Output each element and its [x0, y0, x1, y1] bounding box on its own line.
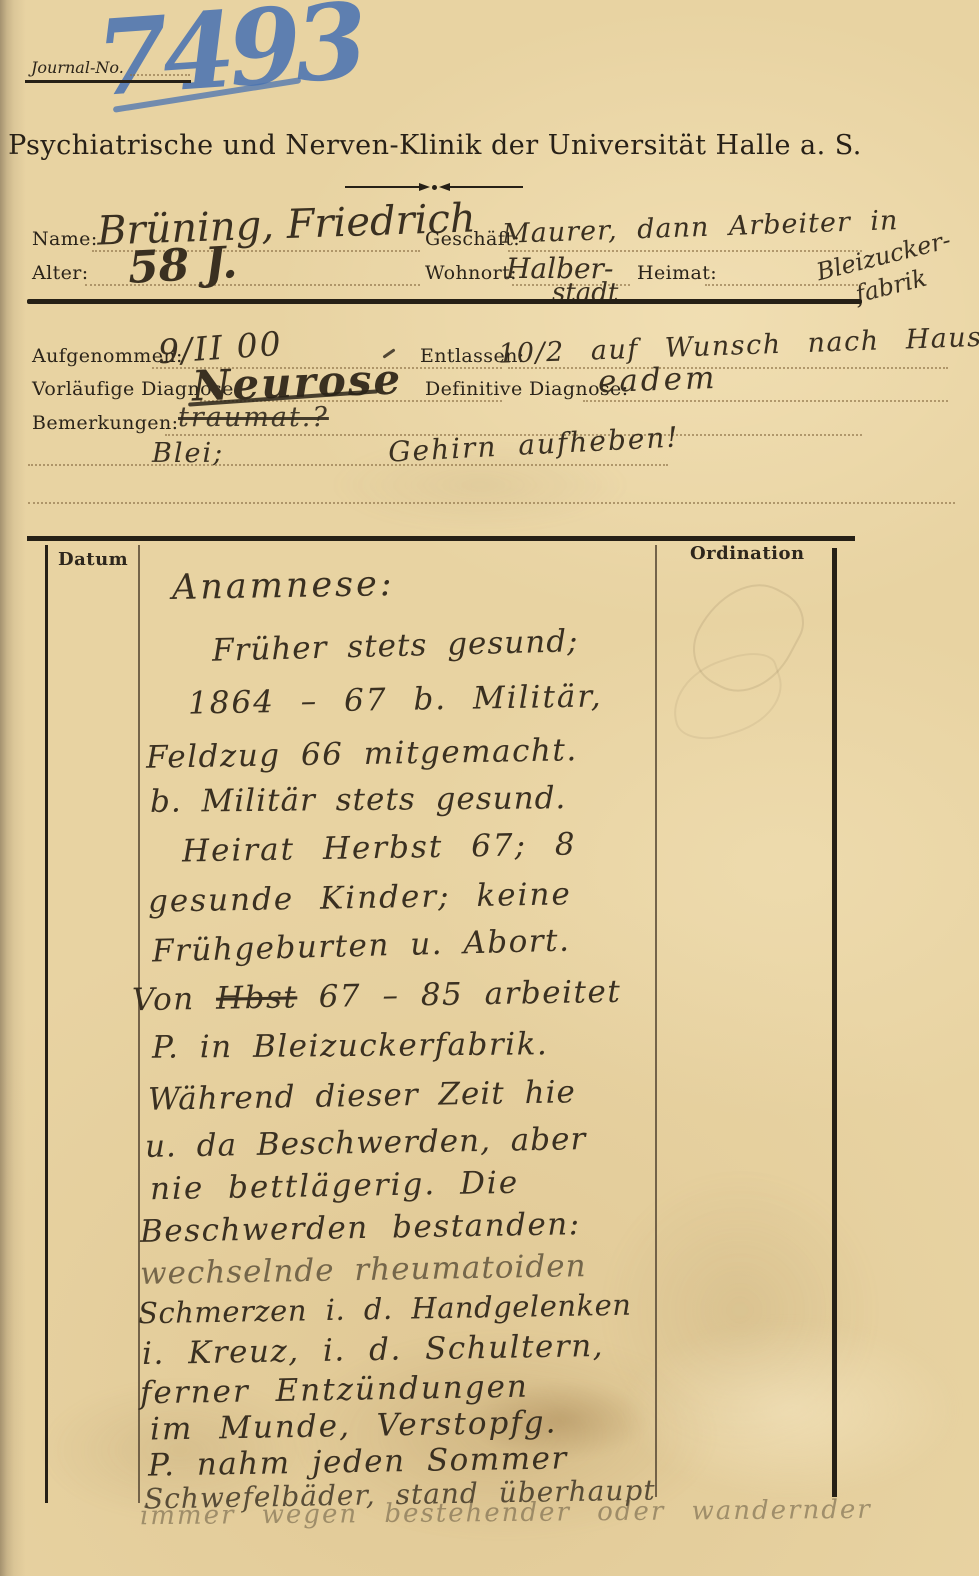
divider-arrow-right-icon — [419, 183, 430, 191]
ordination-column-header: Ordination — [690, 543, 805, 564]
alter-label: Alter: — [32, 262, 89, 284]
anamnese-line: Heirat Herbst 67; 8 — [182, 827, 577, 870]
anamnese-line: Frühgeburten u. Abort. — [152, 923, 571, 970]
geschaeft-value: Maurer, dann Arbeiter in — [502, 205, 899, 250]
table-ordination-separator — [655, 545, 657, 1497]
bemerkungen-struck-value: traumat.? — [178, 402, 329, 433]
anamnese-line: b. Militär stets gesund. — [150, 780, 567, 820]
entlassen-value: 10/2 auf Wunsch nach Hause — [498, 321, 979, 370]
journal-number: 7493 — [92, 0, 365, 120]
alter-value: 58 J. — [127, 237, 239, 294]
table-datum-separator — [138, 545, 140, 1503]
datum-column-header: Datum — [58, 549, 128, 570]
ornament-divider — [345, 183, 523, 191]
table-top-rule — [27, 536, 855, 541]
wohnort-label: Wohnort: — [425, 262, 517, 284]
bemerkungen-label: Bemerkungen: — [32, 412, 178, 434]
table-border-left — [45, 545, 48, 1503]
anamnese-line: Beschwerden bestanden: — [140, 1206, 581, 1250]
journal-underline — [25, 80, 191, 83]
anamnese-line: Früher stets gesund; — [212, 623, 579, 669]
heimat-label: Heimat: — [637, 262, 717, 284]
anamnese-line-post: 67 – 85 arbeitet — [297, 974, 622, 1016]
anamnese-line: 1864 – 67 b. Militär, — [188, 678, 603, 721]
anamnese-line: wechselnde rheumatoiden — [140, 1248, 587, 1292]
anamnese-heading: Anamnese: — [172, 564, 395, 608]
anamnese-line: nie bettlägerig. Die — [150, 1165, 520, 1207]
journal-dotted-line — [130, 72, 190, 76]
light-patch — [620, 1320, 960, 1500]
anamnese-line: P. in Bleizuckerfabrik. — [152, 1026, 549, 1065]
anamnese-line: gesunde Kinder; keine — [148, 876, 572, 919]
patient-record-page: 7493 Journal-No. Psychiatrische und Nerv… — [0, 0, 979, 1576]
anamnese-line-pre: Von — [132, 981, 217, 1018]
anamnese-line-struck: Hbst — [216, 979, 298, 1016]
section-divider-rule — [27, 299, 862, 304]
notes-dotted-line-1 — [28, 462, 668, 466]
anamnese-line-faded: immer wegen bestehender oder wandernder — [140, 1495, 872, 1531]
anamnese-line: Feldzug 66 mitgemacht. — [146, 732, 578, 776]
anamnese-line: u. da Beschwerden, aber — [145, 1121, 587, 1165]
notes-dotted-line-2 — [28, 500, 955, 504]
show-through-mark — [661, 644, 792, 750]
heimat-dotted-line — [705, 282, 862, 286]
journal-label: Journal-No. — [31, 58, 124, 77]
table-border-right — [832, 548, 837, 1497]
anamnese-line: Schmerzen i. d. Handgelenken — [138, 1288, 632, 1331]
page-title: Psychiatrische und Nerven-Klinik der Uni… — [0, 130, 870, 161]
definitive-diagnose-value: eadem — [597, 360, 718, 400]
divider-arrow-left-icon — [439, 183, 450, 191]
divider-dot-icon — [432, 185, 437, 190]
anamnese-line: Während dieser Zeit hie — [148, 1074, 576, 1117]
divider-line-left — [345, 186, 419, 188]
name-label: Name: — [32, 228, 98, 250]
divider-line-right — [450, 186, 524, 188]
anamnese-line: Von Hbst 67 – 85 arbeitet — [132, 974, 622, 1019]
